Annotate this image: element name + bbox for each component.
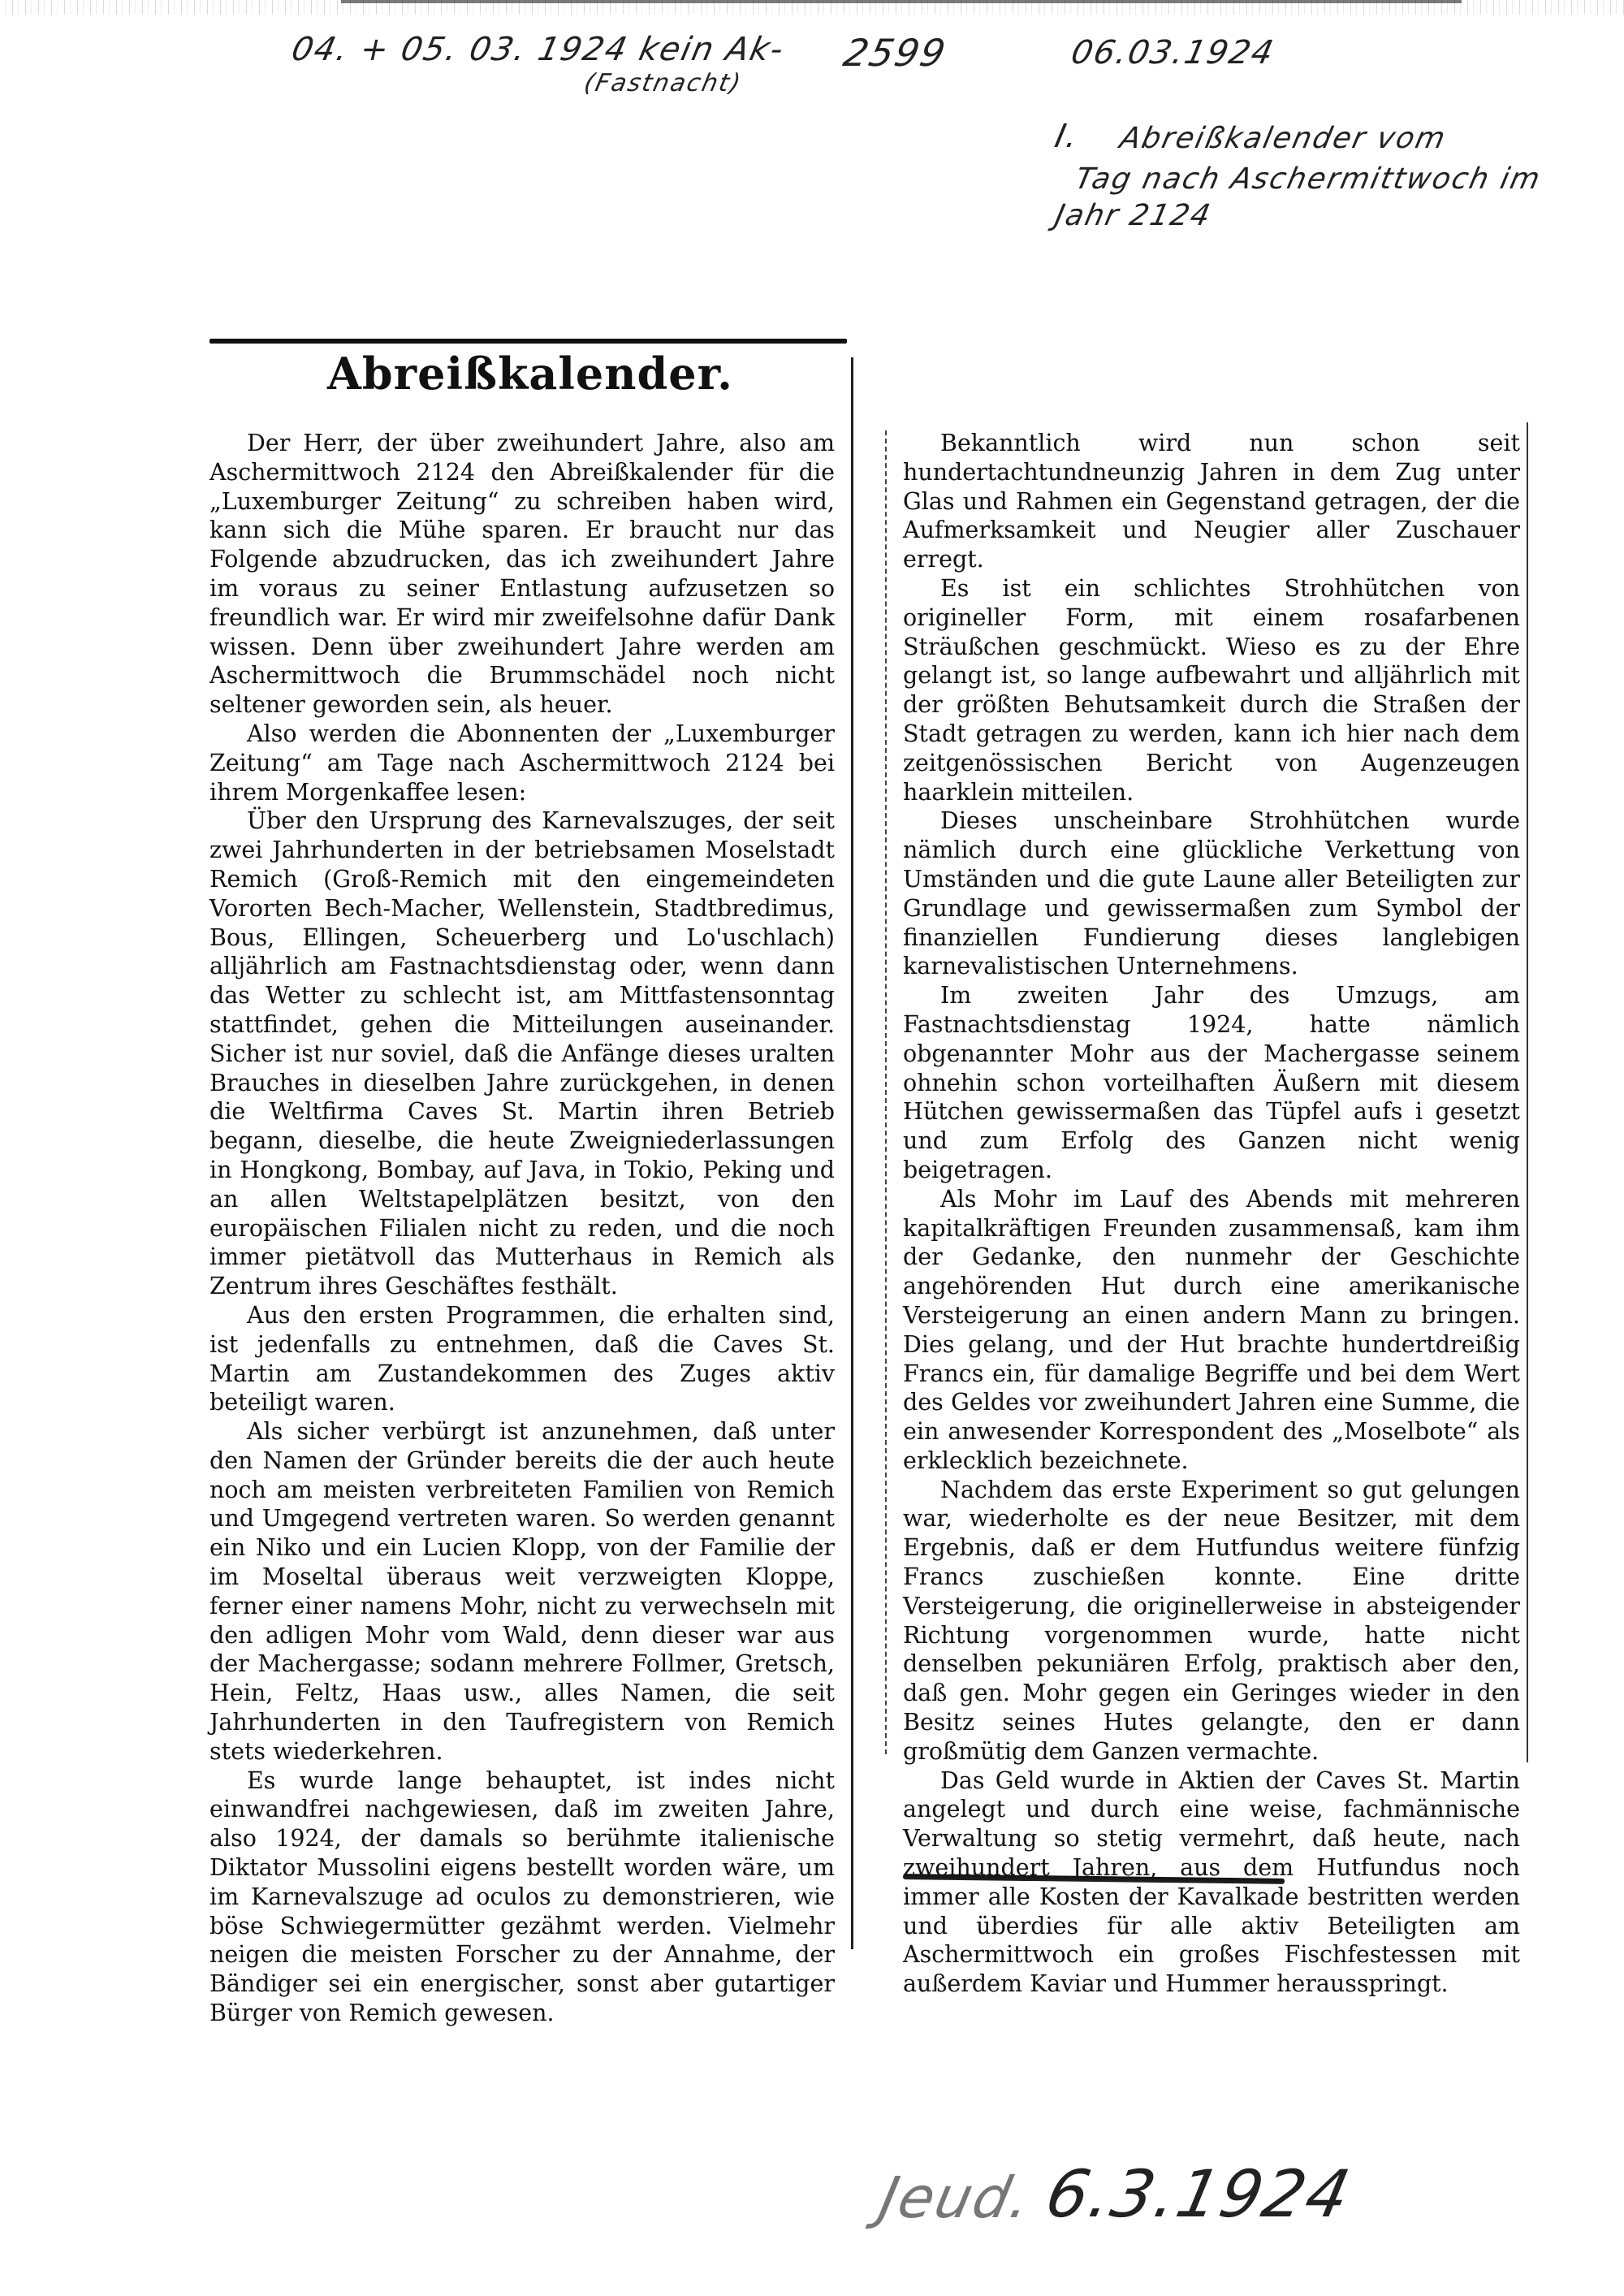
handwritten-note-line3: Jahr 2124	[1052, 199, 1215, 232]
handwritten-bottom-date: 6.3.1924	[1039, 2156, 1358, 2232]
handwritten-note-dates: 04. + 05. 03. 1924 kein Ak-	[288, 31, 788, 68]
handwritten-note-fastnacht: (Fastnacht)	[581, 69, 745, 97]
article-left-column: Der Herr, der über zweihundert Jahre, al…	[209, 429, 835, 2028]
paragraph: Im zweiten Jahr des Umzugs, am Fastnacht…	[903, 981, 1520, 1185]
article-title: Abreißkalender.	[209, 348, 851, 400]
handwritten-note-line1: Abreißkalender vom	[1117, 122, 1449, 155]
clipping-edge-right	[1527, 422, 1528, 1762]
archive-number: 2599	[840, 31, 951, 75]
column-divider	[851, 357, 853, 1949]
paragraph: Der Herr, der über zweihundert Jahre, al…	[209, 429, 835, 720]
paragraph: Es ist ein schlichtes Strohhütchen von o…	[903, 574, 1520, 806]
paragraph: Dieses unscheinbare Strohhütchen wurde n…	[903, 806, 1520, 981]
paragraph: Aus den ersten Programmen, die erhalten …	[209, 1301, 835, 1417]
scan-top-edge	[341, 0, 1462, 3]
paragraph: Als Mohr im Lauf des Abends mit mehreren…	[903, 1185, 1520, 1476]
paragraph: Nachdem das erste Experiment so gut gelu…	[903, 1476, 1520, 1766]
article-top-rule	[209, 339, 847, 344]
clipping-edge-left	[885, 430, 887, 1754]
paragraph: Bekanntlich wird nun schon seit hunderta…	[903, 429, 1520, 574]
paragraph: Also werden die Abonnenten der „Luxembur…	[209, 720, 835, 806]
handwritten-date: 06.03.1924	[1068, 34, 1278, 71]
handwritten-note-line2: Tag nach Aschermittwoch im	[1073, 162, 1544, 196]
paragraph: Es wurde lange behauptet, ist indes nich…	[209, 1766, 835, 2028]
handwritten-marker: I.	[1052, 118, 1082, 155]
paragraph: Als sicher verbürgt ist anzunehmen, daß …	[209, 1417, 835, 1766]
article-right-column: Bekanntlich wird nun schon seit hunderta…	[903, 429, 1520, 1999]
paragraph: Über den Ursprung des Karnevalszuges, de…	[209, 806, 835, 1301]
handwritten-bottom-prefix: Jeud.	[874, 2164, 1038, 2231]
